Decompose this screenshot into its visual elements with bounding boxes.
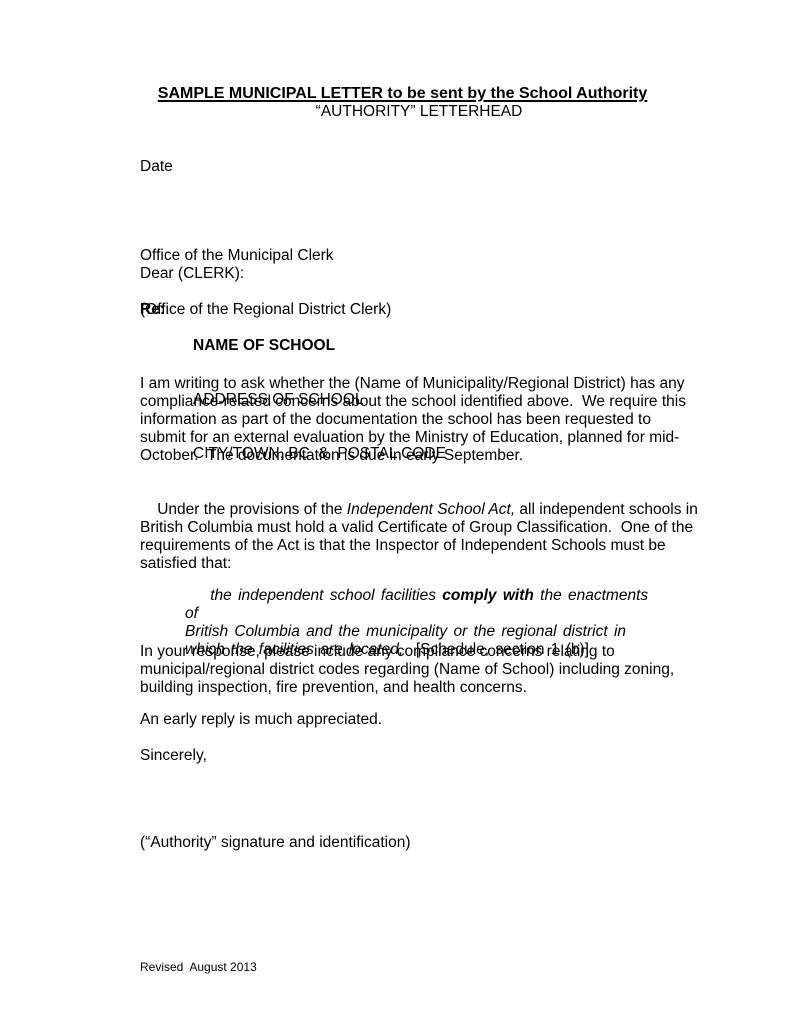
date-placeholder: Date bbox=[140, 158, 698, 176]
quote-text: the independent school facilities bbox=[210, 587, 442, 604]
signoff: Sincerely, bbox=[140, 747, 698, 765]
signature-placeholder: (“Authority” signature and identificatio… bbox=[140, 834, 698, 852]
letter-document-page: SAMPLE MUNICIPAL LETTER to be sent by th… bbox=[0, 0, 791, 1024]
letterhead-placeholder: “AUTHORITY” LETTERHEAD bbox=[140, 103, 698, 121]
paragraph-inquiry: I am writing to ask whether the (Name of… bbox=[140, 375, 698, 465]
recipient-line-municipal: Office of the Municipal Clerk bbox=[140, 247, 698, 265]
quote-emphasis: comply with bbox=[442, 587, 534, 604]
revision-footer: Revised August 2013 bbox=[140, 960, 698, 974]
re-school-name: NAME OF SCHOOL bbox=[193, 337, 446, 355]
document-title-text: SAMPLE MUNICIPAL LETTER to be sent by th… bbox=[158, 85, 648, 102]
salutation: Dear (CLERK): bbox=[140, 265, 698, 283]
act-name-italic: Independent School Act, bbox=[347, 501, 515, 518]
paragraph-act-text: Under the provisions of the bbox=[157, 501, 347, 518]
paragraph-response: In your response, please include any com… bbox=[140, 643, 698, 697]
closing-note: An early reply is much appreciated. bbox=[140, 711, 698, 729]
